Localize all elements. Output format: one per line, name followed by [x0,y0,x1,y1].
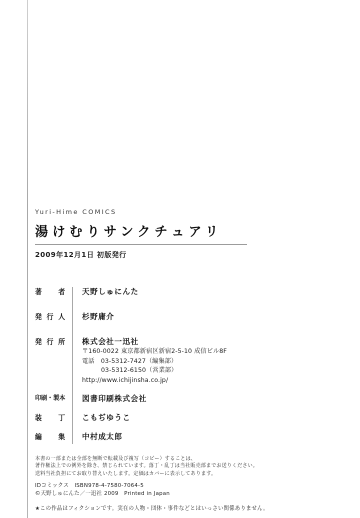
copyright-line: ©天野しゅにんた／一迅社 2009 Printed in Japan [35,491,335,499]
edition-date: 2009年12月1日 初版発行 [35,250,335,260]
isbn-line: IDコミックス ISBN978-4-7580-7064-5 [35,483,335,491]
publisher-address: 〒160-0022 東京都新宿区新宿2-5-10 成信ビル8F [82,347,335,357]
legal-notices: 本書の一部または全部を無断で転載及び複写（コピー）することは、 著作権法上での例… [35,456,335,512]
credit-row-author: 著者 天野しゅにんた [35,287,335,312]
credit-label-design: 装丁 [35,413,72,432]
credit-label-author: 著者 [35,287,72,312]
credit-row-publisher: 発行所 株式会社一迅社 〒160-0022 東京都新宿区新宿2-5-10 成信ビ… [35,337,335,394]
credit-label-editing: 編集 [35,432,72,444]
credit-row-design: 装丁 こもぢゆうこ [35,413,335,432]
title-underline [35,244,247,245]
credit-row-editing: 編集 中村成太郎 [35,432,335,444]
credits-table: 著者 天野しゅにんた 発行人 杉野庸介 発行所 株式会社一迅社 〒160-002… [35,287,335,444]
book-title: 湯けむりサンクチュアリ [35,221,335,240]
credit-row-issuer: 発行人 杉野庸介 [35,312,335,337]
credit-label-publisher: 発行所 [35,337,72,394]
fiction-disclaimer: ★この作品はフィクションです。実在の人物・団体・事件などとはいっさい関係ありませ… [35,504,335,512]
page-gutter-line [27,0,28,518]
publisher-name: 株式会社一迅社 [82,337,335,347]
editor-name: 中村成太郎 [82,432,335,442]
printing-company: 図書印刷株式会社 [82,394,335,404]
colophon-page: Yuri-Hime COMICS 湯けむりサンクチュアリ 2009年12月1日 … [35,208,335,512]
publisher-url: http://www.ichijinsha.co.jp/ [82,376,335,386]
imprint-label: Yuri-Hime COMICS [35,208,335,216]
copyright-notice-line3: 送料当社負担にてお取り替えいたします。定価はカバーに表示してあります。 [35,471,335,478]
credit-label-printing: 印刷・製本 [35,394,72,413]
copyright-notice-line2: 著作権法上での例外を除き、禁じられています。落丁・乱丁は当社販売部までお送りくだ… [35,463,335,470]
publisher-phone-editorial: 電話 03-5312-7427（編集部） [82,357,335,367]
author-name: 天野しゅにんた [82,287,335,297]
publisher-phone-sales: 03-5312-6150（営業部） [82,366,335,376]
designer-name: こもぢゆうこ [82,413,335,423]
credit-label-issuer: 発行人 [35,312,72,337]
issuer-name: 杉野庸介 [82,312,335,322]
credit-row-printing: 印刷・製本 図書印刷株式会社 [35,394,335,413]
